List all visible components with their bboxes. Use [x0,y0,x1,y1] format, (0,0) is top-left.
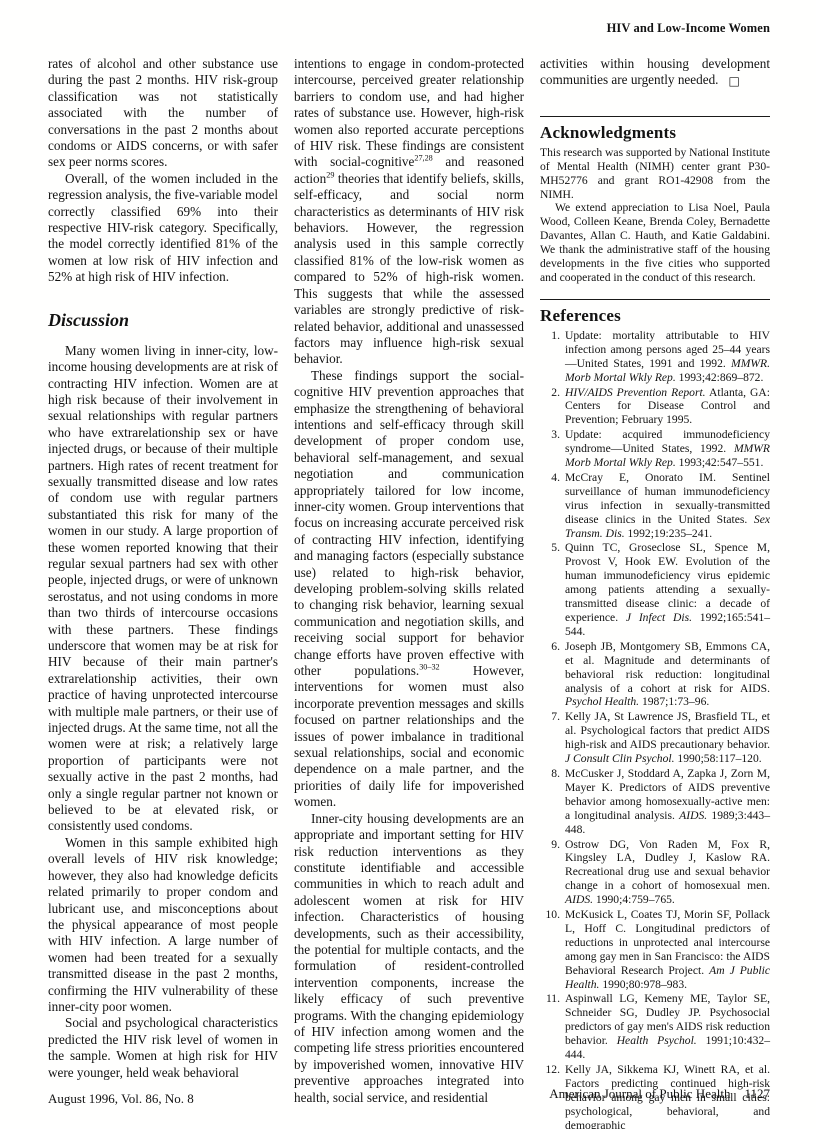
discussion-heading: Discussion [48,310,278,331]
reference-item: 4.McCray E, Onorato IM. Sentinel surveil… [540,471,770,541]
reference-text: McCusker J, Stoddard A, Zapka J, Zorn M,… [565,767,770,837]
paragraph: Social and psychological characteristics… [48,1015,278,1081]
running-head: HIV and Low-Income Women [607,21,770,36]
reference-text: Update: acquired immunodeficiency syndro… [565,428,770,470]
column-middle: intentions to engage in condom-protected… [294,56,524,1129]
paragraph: Many women living in inner-city, low-inc… [48,343,278,835]
paragraph: We extend appreciation to Lisa Noel, Pau… [540,201,770,284]
reference-number: 1. [540,329,565,385]
reference-item: 5.Quinn TC, Groseclose SL, Spence M, Pro… [540,541,770,638]
reference-text: Aspinwall LG, Kemeny ME, Taylor SE, Schn… [565,992,770,1062]
paragraph: Women in this sample exhibited high over… [48,835,278,1015]
reference-text: Kelly JA, St Lawrence JS, Brasfield TL, … [565,710,770,766]
paragraph: rates of alcohol and other substance use… [48,56,278,171]
reference-item: 1.Update: mortality attributable to HIV … [540,329,770,385]
reference-text: Joseph JB, Montgomery SB, Emmons CA, et … [565,640,770,710]
reference-item: 9.Ostrow DG, Von Raden M, Fox R, Kingsle… [540,838,770,908]
acknowledgments-section: Acknowledgments This research was suppor… [540,116,770,285]
footer-journal-name: American Journal of Public Health [549,1086,730,1101]
reference-number: 4. [540,471,565,541]
reference-number: 7. [540,710,565,766]
paragraph: These findings support the social-cognit… [294,368,524,811]
references-heading: References [540,306,770,326]
reference-item: 3.Update: acquired immunodeficiency synd… [540,428,770,470]
reference-item: 2.HIV/AIDS Prevention Report. Atlanta, G… [540,386,770,428]
reference-number: 10. [540,908,565,991]
acknowledgments-heading: Acknowledgments [540,123,770,143]
reference-item: 6.Joseph JB, Montgomery SB, Emmons CA, e… [540,640,770,710]
section-divider [540,116,770,117]
reference-number: 11. [540,992,565,1062]
references-section: References 1.Update: mortality attributa… [540,299,770,1129]
reference-text: Ostrow DG, Von Raden M, Fox R, Kingsley … [565,838,770,908]
paragraph: Inner-city housing developments are an a… [294,811,524,1106]
reference-number: 3. [540,428,565,470]
reference-item: 11.Aspinwall LG, Kemeny ME, Taylor SE, S… [540,992,770,1062]
reference-number: 2. [540,386,565,428]
article-columns: rates of alcohol and other substance use… [48,56,770,1129]
reference-item: 10.McKusick L, Coates TJ, Morin SF, Poll… [540,908,770,991]
reference-text: McCray E, Onorato IM. Sentinel surveilla… [565,471,770,541]
reference-text: Update: mortality attributable to HIV in… [565,329,770,385]
reference-number: 8. [540,767,565,837]
journal-page: HIV and Low-Income Women rates of alcoho… [0,0,816,1129]
reference-number: 6. [540,640,565,710]
reference-list: 1.Update: mortality attributable to HIV … [540,329,770,1129]
reference-text: McKusick L, Coates TJ, Morin SF, Pollack… [565,908,770,991]
section-divider [540,299,770,300]
reference-item: 8.McCusker J, Stoddard A, Zapka J, Zorn … [540,767,770,837]
column-right: activities within housing development co… [540,56,770,1129]
footer-issue-info: August 1996, Vol. 86, No. 8 [48,1091,194,1107]
footer-page-number: 1127 [744,1086,770,1101]
column-left: rates of alcohol and other substance use… [48,56,278,1129]
reference-item: 7.Kelly JA, St Lawrence JS, Brasfield TL… [540,710,770,766]
paragraph: Overall, of the women included in the re… [48,171,278,286]
reference-text: HIV/AIDS Prevention Report. Atlanta, GA:… [565,386,770,428]
reference-number: 9. [540,838,565,908]
reference-number: 5. [540,541,565,638]
paragraph: intentions to engage in condom-protected… [294,56,524,368]
footer-journal-info: American Journal of Public Health1127 [549,1086,770,1102]
paragraph: This research was supported by National … [540,146,770,202]
reference-text: Quinn TC, Groseclose SL, Spence M, Provo… [565,541,770,638]
closing-paragraph: activities within housing development co… [540,56,770,89]
